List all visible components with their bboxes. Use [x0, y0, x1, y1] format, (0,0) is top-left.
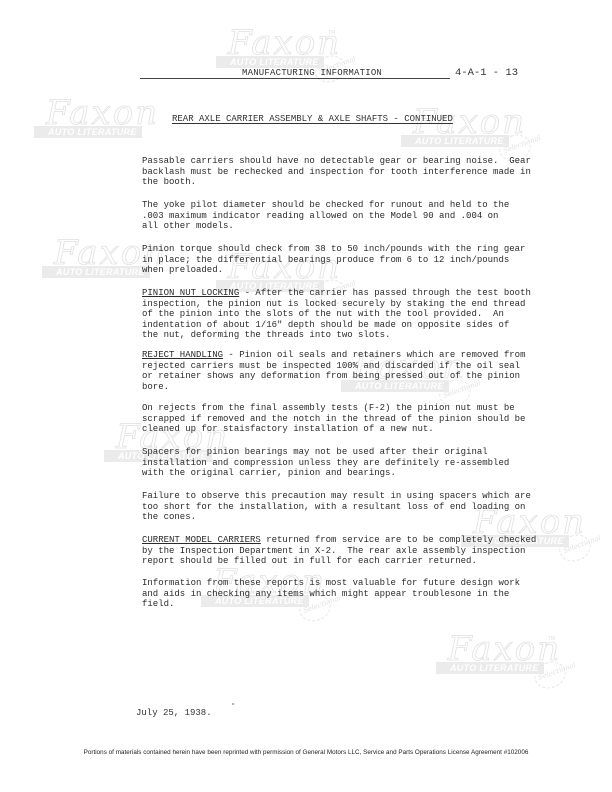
paragraph-heading: REJECT HANDLING	[142, 350, 223, 360]
paragraph-line: Information from these reports is most v…	[142, 578, 520, 588]
speck	[232, 703, 234, 705]
paragraph-line: Pinion torque should check from 38 to 50…	[142, 244, 525, 254]
paragraph-line: scrapped if removed and the notch in the…	[142, 414, 525, 424]
paragraph: CURRENT MODEL CARRIERS returned from ser…	[142, 535, 542, 567]
paragraph: The yoke pilot diameter should be checke…	[142, 200, 542, 232]
document-page: Faxon TM AUTO LITERATURE Selectional Fax…	[0, 0, 612, 792]
watermark-logo: Faxon AUTO LITERATURE	[28, 96, 158, 158]
paragraph-heading: CURRENT MODEL CARRIERS	[142, 535, 261, 545]
watermark-brand: Faxon	[228, 26, 341, 60]
paragraph-line: Passable carriers should have no detecta…	[142, 156, 531, 166]
paragraph-line: inspection, the pinion nut is locked sec…	[142, 299, 525, 309]
paragraph-line: all other models.	[142, 221, 234, 231]
watermark-seal-icon: Selectional	[556, 530, 595, 565]
paragraph-text: - Pinion oil seals and retainers which a…	[223, 350, 525, 360]
paragraph-line: the booth.	[142, 177, 196, 187]
watermark-tagline: AUTO LITERATURE	[230, 57, 319, 67]
paragraph-line: installation and compression unless they…	[142, 458, 509, 468]
paragraph-line: the nut, deforming the threads into two …	[142, 330, 390, 340]
watermark-brand: Faxon	[448, 632, 561, 666]
paragraph: On rejects from the final assembly tests…	[142, 403, 542, 435]
paragraph-line: rejected carriers must be inspected 100%…	[142, 361, 520, 371]
paragraph-line: indentation of about 1/16" depth should …	[142, 320, 509, 330]
watermark-tm: TM	[328, 30, 335, 36]
paragraph-line: Failure to observe this precaution may r…	[142, 491, 531, 501]
watermark-tagline: AUTO LITERATURE	[450, 663, 539, 673]
header-rule	[140, 78, 450, 79]
paragraph: Information from these reports is most v…	[142, 578, 542, 610]
paragraph-text: returned from service are to be complete…	[261, 535, 536, 545]
license-footer: Portions of materials contained herein h…	[0, 749, 612, 756]
document-date: July 25, 1938.	[136, 708, 212, 718]
paragraph-line: bore.	[142, 382, 169, 392]
paragraph-line: Spacers for pinion bearings may not be u…	[142, 447, 488, 457]
paragraph-text: - After the carrier has passed through t…	[239, 288, 531, 298]
watermark-tagline: AUTO LITERATURE	[56, 267, 145, 277]
watermark-tm: TM	[548, 636, 555, 642]
paragraph-line: by the Inspection Department in X-2. The…	[142, 546, 525, 556]
paragraph-line: field.	[142, 599, 174, 609]
watermark-seal-icon: Selectional	[531, 657, 570, 692]
paragraph-line: when preloaded.	[142, 265, 223, 275]
paragraph-line: and aids in checking any items which mig…	[142, 589, 509, 599]
paragraph-line: cleaned up for staisfactory installation…	[142, 424, 434, 434]
paragraph: Failure to observe this precaution may r…	[142, 491, 542, 523]
paragraph-line: backlash must be rechecked and inspectio…	[142, 167, 531, 177]
paragraph-line: The yoke pilot diameter should be checke…	[142, 200, 509, 210]
paragraph: Passable carriers should have no detecta…	[142, 156, 542, 188]
watermark-tagline: AUTO LITERATURE	[48, 127, 137, 137]
paragraph-line: the cones.	[142, 512, 196, 522]
section-title: REAR AXLE CARRIER ASSEMBLY & AXLE SHAFTS…	[172, 114, 453, 124]
paragraph: REJECT HANDLING - Pinion oil seals and r…	[142, 350, 542, 392]
paragraph-line: of the pinion into the slots of the nut …	[142, 309, 504, 319]
paragraph-line: report should be filled out in full for …	[142, 556, 477, 566]
paragraph-line: in place; the differential bearings prod…	[142, 255, 509, 265]
paragraph-line: too short for the installation, with a r…	[142, 502, 525, 512]
watermark-tagline: AUTO LITERATURE	[415, 136, 504, 146]
header-title: MANUFACTURING INFORMATION	[242, 68, 382, 78]
watermark-logo: Faxon TM AUTO LITERATURE Selectional	[430, 632, 560, 694]
paragraph: PINION NUT LOCKING - After the carrier h…	[142, 288, 542, 341]
paragraph-line: On rejects from the final assembly tests…	[142, 403, 515, 413]
watermark-brand: Faxon	[46, 96, 159, 130]
paragraph: Spacers for pinion bearings may not be u…	[142, 447, 542, 479]
paragraph-heading: PINION NUT LOCKING	[142, 288, 239, 298]
paragraph-line: or retainer shows any deformation from b…	[142, 371, 520, 381]
paragraph-line: with the original carrier, pinion and be…	[142, 468, 396, 478]
page-reference: 4-A-1 - 13	[455, 67, 518, 79]
paragraph-line: .003 maximum indicator reading allowed o…	[142, 211, 498, 221]
paragraph: Pinion torque should check from 38 to 50…	[142, 244, 542, 276]
